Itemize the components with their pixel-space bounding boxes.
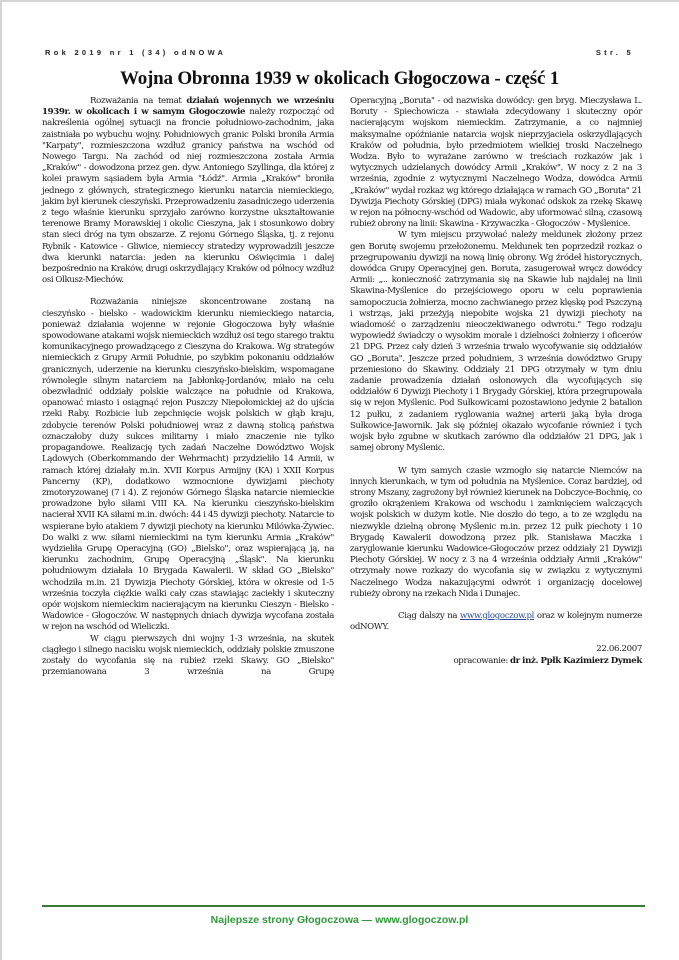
paragraph-3-continued: Operacyjną „Boruta" - od nazwiska dowódc… <box>350 96 642 230</box>
footer-tagline: Najlepsze strony Głogoczowa — www.glogoc… <box>0 914 679 926</box>
issue-label: Rok 2019 nr 1 (34) odNOWA <box>45 48 226 57</box>
website-link[interactable]: www.glogoczow.pl <box>460 611 534 621</box>
column-right: Operacyjną „Boruta" - od nazwiska dowódc… <box>350 96 642 678</box>
paragraph-4: W tym miejscu przywołać należy meldunek … <box>350 230 642 454</box>
author-line: opracowanie: dr inż. Ppłk Kazimierz Dyme… <box>350 656 642 667</box>
footer-divider <box>42 905 645 907</box>
article-title: Wojna Obronna 1939 w okolicach Głogoczow… <box>0 68 679 90</box>
running-header: Rok 2019 nr 1 (34) odNOWA Str. 5 <box>45 48 634 57</box>
paragraph-5: W tym samych czasie wzmogło się natarcie… <box>350 466 642 600</box>
article-body: Rozważania na temat działań wojennych we… <box>42 96 642 678</box>
continuation-text: Ciąg dalszy na <box>398 611 460 621</box>
author-name: dr inż. Ppłk Kazimierz Dymek <box>510 656 642 666</box>
continuation-note: Ciąg dalszy na www.glogoczow.pl oraz w k… <box>350 611 642 633</box>
paragraph-2: Rozważania niniejsze skoncentrowane zost… <box>42 297 334 633</box>
paragraph-3: W ciągu pierwszych dni wojny 1-3 wrześni… <box>42 634 334 679</box>
author-label: opracowanie: <box>453 656 510 666</box>
page-number: Str. 5 <box>596 48 634 57</box>
p1-rest: należy rozpocząć od nakreślenia ogólnej … <box>42 107 334 285</box>
date: 22.06.2007 <box>350 644 642 655</box>
paragraph-1: Rozważania na temat działań wojennych we… <box>42 96 334 286</box>
p1-lead: Rozważania na temat <box>90 96 186 106</box>
column-left: Rozważania na temat działań wojennych we… <box>42 96 334 678</box>
